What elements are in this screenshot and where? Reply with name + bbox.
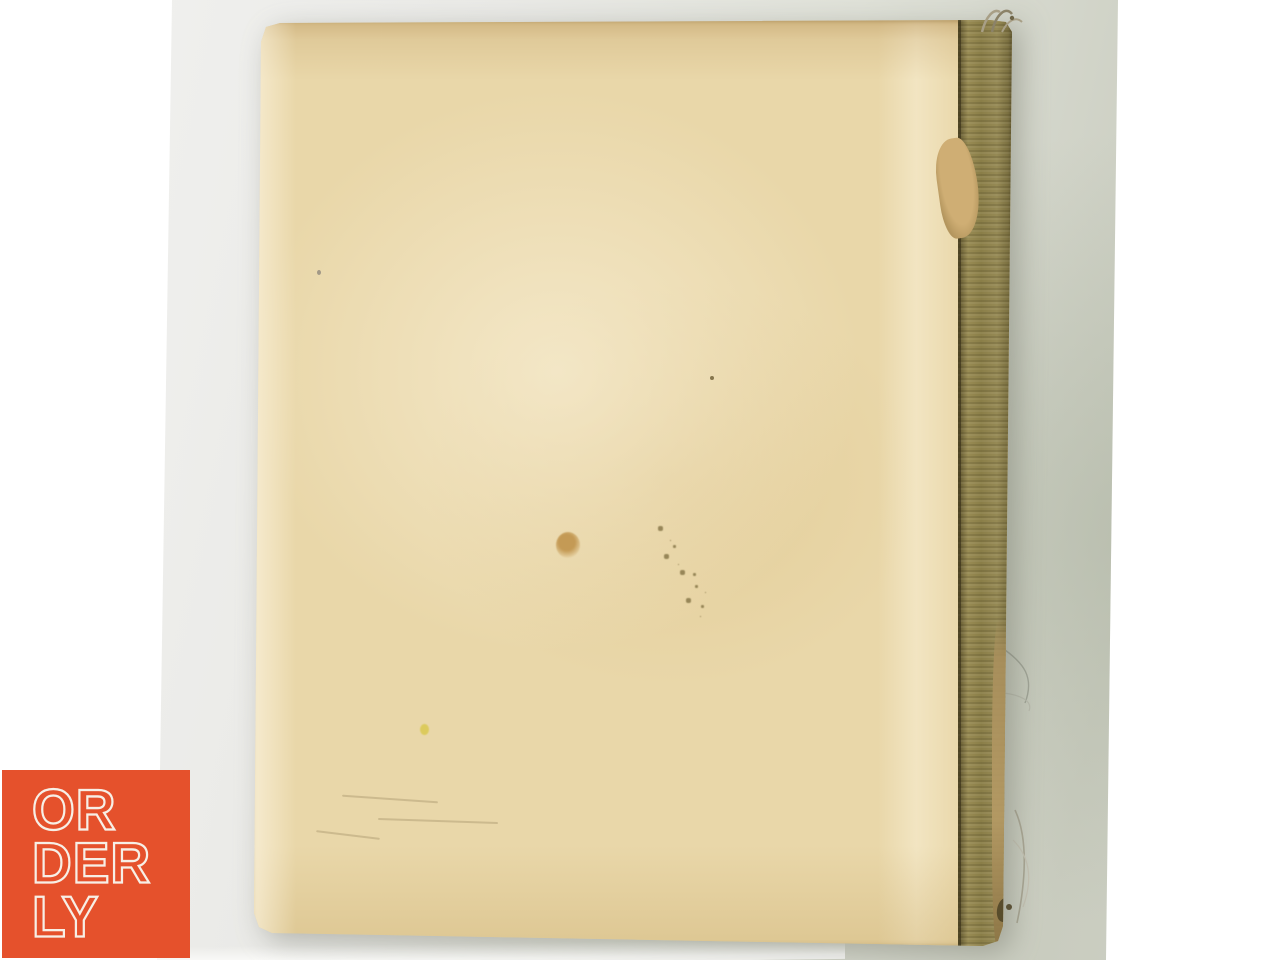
gray-speck [317,270,321,275]
photo-canvas: OR DER LY [0,0,1280,960]
watermark-line-3: LY [32,890,190,945]
yellow-spot [420,724,429,735]
speckle-stains [658,526,663,531]
book-back-cover [250,18,1016,948]
orderly-watermark: OR DER LY [2,770,190,958]
dark-speck [710,376,714,380]
scratch-mark [378,818,498,824]
scratch-mark [316,830,380,840]
spine-frayed-edge [992,618,1008,946]
scratch-mark [342,795,438,804]
round-stain [556,532,580,558]
watermark-line-2: DER [32,836,190,891]
frayed-tuft-top [976,2,1028,36]
book [250,18,1016,948]
